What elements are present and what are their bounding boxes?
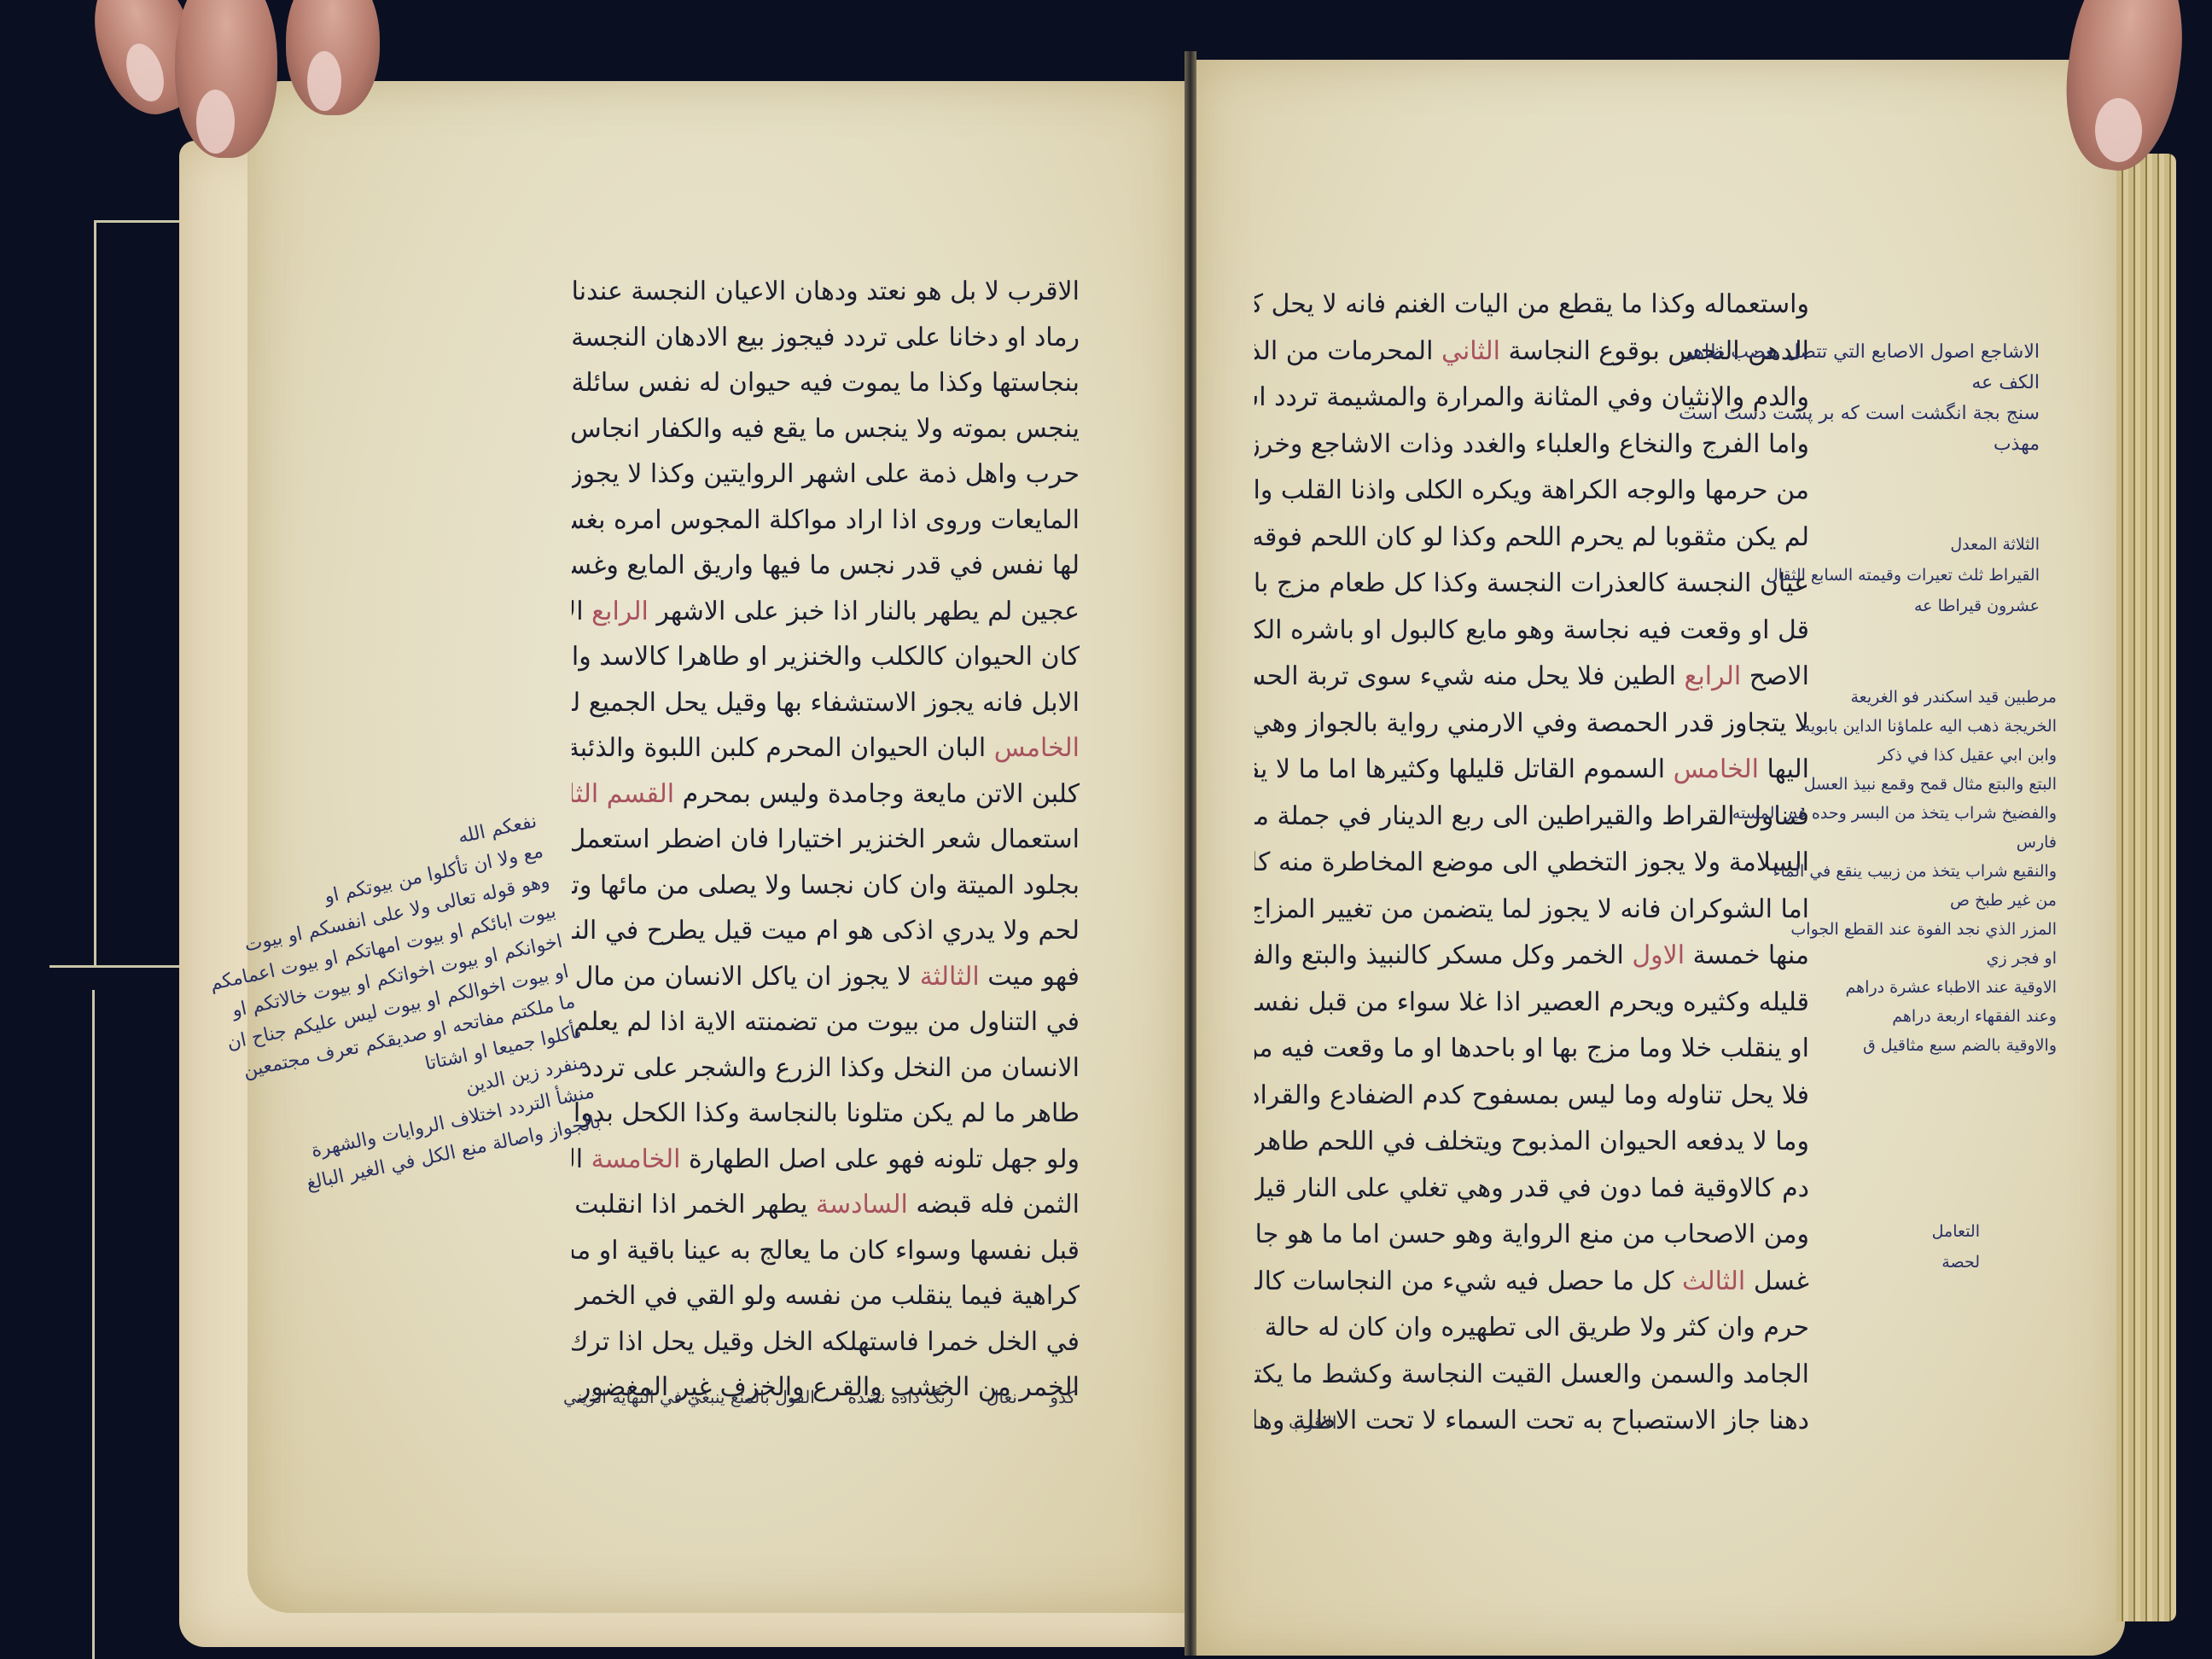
rubric-heading: القسم الثاني bbox=[572, 779, 674, 809]
rubric-heading: الخامس bbox=[1674, 754, 1759, 784]
manuscript-line: فتناول القراط والقيراطين الى ربع الدينار… bbox=[1254, 794, 1809, 841]
manuscript-line: كلبن الاتن مايعة وجامدة وليس بمحرم القسم… bbox=[572, 771, 1080, 818]
manuscript-line: ينجس بموته ولا ينجس ما يقع فيه والكفار ا… bbox=[572, 406, 1080, 452]
right-margin-gloss-bottom: التعامللحصة bbox=[1912, 1216, 1980, 1278]
gloss-line: مرطبين قيد اسكندر فو الغريعة bbox=[1813, 683, 2057, 712]
manuscript-line: فهو ميت الثالثة لا يجوز ان ياكل الانسان … bbox=[572, 954, 1080, 1000]
manuscript-line: الثمن فله قبضه السادسة يطهر الخمر اذا ان… bbox=[572, 1182, 1080, 1228]
manuscript-line: حرب واهل ذمة على اشهر الروايتين وكذا لا … bbox=[572, 451, 1080, 498]
left-footer-notes: كدونغالرنگ داده نشدهالقول بالمنع ينبغي ف… bbox=[563, 1387, 1075, 1407]
gloss-line: او فجر زي bbox=[1813, 944, 2057, 973]
manuscript-line: لحم ولا يدري اذكى هو ام ميت قيل يطرح في … bbox=[572, 908, 1080, 954]
manuscript-line: الابل فانه يجوز الاستشفاء بها وقيل يحل ا… bbox=[572, 680, 1080, 726]
manuscript-line: فلا يحل تناوله وما ليس بمسفوح كدم الضفاد… bbox=[1254, 1073, 1809, 1120]
footer-note: كدو bbox=[1050, 1387, 1075, 1407]
gloss-line: التعامل bbox=[1912, 1216, 1980, 1247]
right-margin-gloss-low: مرطبين قيد اسكندر فو الغريعةالخريجة ذهب … bbox=[1813, 683, 2057, 1060]
manuscript-line: غسل الثالث كل ما حصل فيه شيء من النجاسات… bbox=[1254, 1259, 1809, 1306]
gloss-line: القيراط ثلث تعيرات وقيمته السابع الثقال bbox=[1826, 560, 2040, 591]
rubric-heading: الثالثة bbox=[920, 962, 980, 992]
gloss-line: وابن ابي عقيل كذا في ذكر bbox=[1813, 741, 2057, 770]
gloss-line: والنقيع شراب يتخذ من زبيب ينقع في الماء bbox=[1813, 857, 2057, 886]
book-gutter bbox=[1185, 51, 1196, 1656]
manuscript-line: او ينقلب خلا وما مزج بها او باحدها او ما… bbox=[1254, 1026, 1809, 1073]
manuscript-line: الاقرب لا بل هو نعتد ودهان الاعيان النجس… bbox=[572, 269, 1080, 315]
gloss-line: عشرون قيراطا عه bbox=[1826, 591, 2040, 621]
manuscript-line: قليله وكثيره ويحرم العصير اذا غلا سواء م… bbox=[1254, 980, 1809, 1027]
manuscript-line: استعمال شعر الخنزير اختيارا فان اضطر است… bbox=[572, 817, 1080, 863]
manuscript-line: دم كالاوقية فما دون في قدر وهي تغلي على … bbox=[1254, 1166, 1809, 1213]
gloss-line: والاوقية بالضم سبع مثاقيل ق bbox=[1813, 1031, 2057, 1060]
left-page-main-text: الاقرب لا بل هو نعتد ودهان الاعيان النجس… bbox=[572, 269, 1080, 1411]
manuscript-line: عيان النجسة كالعذرات النجسة وكذا كل طعام… bbox=[1254, 561, 1809, 608]
rubric-heading: السادسة bbox=[816, 1190, 908, 1220]
fingernail bbox=[2095, 98, 2142, 162]
fingernail bbox=[307, 51, 341, 111]
gloss-line: الاوقية عند الاطباء عشرة دراهم bbox=[1813, 973, 2057, 1002]
right-margin-gloss-top: الاشاجع اصول الاصابع التي تتصل بعصب ظاهر… bbox=[1826, 337, 2040, 460]
gloss-line: من غير طبخ ص bbox=[1813, 886, 2057, 915]
right-margin-gloss-mid: الثلاثة المعدلالقيراط ثلث تعيرات وقيمته … bbox=[1826, 529, 2040, 621]
footer-note: رنگ داده نشده bbox=[847, 1387, 953, 1407]
rubric-heading: الرابع bbox=[1684, 661, 1741, 691]
gloss-line: فارس bbox=[1813, 828, 2057, 857]
manuscript-line: الخامس البان الحيوان المحرم كلبن اللبوة … bbox=[572, 725, 1080, 771]
gloss-line: الكف عه bbox=[1826, 368, 2040, 399]
manuscript-line: بنجاستها وكذا ما يموت فيه حيوان له نفس س… bbox=[572, 360, 1080, 406]
manuscript-line: دهنا جاز الاستصباح به تحت السماء لا تحت … bbox=[1254, 1398, 1809, 1445]
rubric-heading: الرابع bbox=[591, 597, 649, 626]
gloss-line: لحصة bbox=[1912, 1247, 1980, 1278]
gloss-line: البتع والبتع مثال قمح وقمع نبيذ العسل bbox=[1813, 770, 2057, 799]
manuscript-line: منها خمسة الاول الخمر وكل مسكر كالنبيذ و… bbox=[1254, 933, 1809, 980]
rubric-heading: الثالث bbox=[1682, 1266, 1745, 1296]
manuscript-line: اليها الخامس السموم القاتل قليلها وكثيره… bbox=[1254, 747, 1809, 794]
manuscript-line: رماد او دخانا على تردد فيجوز بيع الادهان… bbox=[572, 315, 1080, 361]
right-footer-notes: الاقرب bbox=[1289, 1412, 1336, 1433]
rubric-heading: الخامسة bbox=[591, 1144, 681, 1174]
manuscript-line: الجامد والسمن والعسل القيت النجاسة وكشط … bbox=[1254, 1352, 1809, 1399]
manuscript-line: قبل نفسها وسواء كان ما يعالج به عينا باق… bbox=[572, 1228, 1080, 1274]
manuscript-line: ومن الاصحاب من منع الرواية وهو حسن اما م… bbox=[1254, 1212, 1809, 1259]
manuscript-line: المايعات وروى اذا اراد مواكلة المجوس امر… bbox=[572, 498, 1080, 544]
manuscript-line: كراهية فيما ينقلب من نفسه ولو القي في ال… bbox=[572, 1273, 1080, 1319]
gloss-line: سنج بجة انگشت است که بر پشت دست است bbox=[1826, 399, 2040, 429]
footer-note: القول بالمنع ينبغي في النهاية الزيني bbox=[563, 1387, 815, 1407]
gloss-line: الخريجة ذهب اليه علماؤنا الداين بابويه bbox=[1813, 712, 2057, 741]
gloss-line: والفضيخ شراب يتخذ من البسر وحده غير المس… bbox=[1813, 799, 2057, 828]
manuscript-line: لها نفس في قدر نجس ما فيها واريق المايع … bbox=[572, 543, 1080, 589]
gloss-line: المزر الذي نجد الفوة عند القطع الجواب bbox=[1813, 915, 2057, 944]
manuscript-line: حرم وان كثر ولا طريق الى تطهيره وان كان … bbox=[1254, 1305, 1809, 1352]
gloss-line: مهذب bbox=[1826, 429, 2040, 460]
manuscript-line: لم يكن مثقوبا لم يحرم اللحم وكذا لو كان … bbox=[1254, 515, 1809, 562]
background-rule bbox=[92, 990, 95, 1659]
manuscript-line: السلامة ولا يجوز التخطي الى موضع المخاطر… bbox=[1254, 840, 1809, 887]
footer-note: نغال bbox=[987, 1387, 1017, 1407]
gloss-line: وعند الفقهاء اربعة دراهم bbox=[1813, 1002, 2057, 1031]
manuscript-line: من حرمها والوجه الكراهة ويكره الكلى واذن… bbox=[1254, 468, 1809, 515]
manuscript-line: في الخل خمرا فاستهلكه الخل وقيل يحل اذا … bbox=[572, 1319, 1080, 1365]
manuscript-line: اما الشوكران فانه لا يجوز لما يتضمن من ت… bbox=[1254, 887, 1809, 934]
manuscript-line: عجين لم يطهر بالنار اذا خبز على الاشهر ا… bbox=[572, 589, 1080, 635]
manuscript-line: في التناول من بيوت من تضمنته الاية اذا ل… bbox=[572, 999, 1080, 1045]
manuscript-line: وما لا يدفعه الحيوان المذبوح ويتخلف في ا… bbox=[1254, 1119, 1809, 1166]
fingernail bbox=[196, 90, 235, 154]
right-page-main-text: واستعماله وكذا ما يقطع من اليات الغنم فا… bbox=[1254, 282, 1809, 1445]
manuscript-line: كان الحيوان كالكلب والخنزير او طاهرا كال… bbox=[572, 634, 1080, 680]
rubric-heading: الاول bbox=[1632, 940, 1685, 970]
manuscript-line: الاصح الرابع الطين فلا يحل منه شيء سوى ت… bbox=[1254, 654, 1809, 701]
rubric-heading: الخامس bbox=[994, 733, 1080, 763]
manuscript-line: واستعماله وكذا ما يقطع من اليات الغنم فا… bbox=[1254, 282, 1809, 329]
rubric-heading: الثاني bbox=[1441, 336, 1500, 366]
manuscript-line: طاهر ما لم يكن متلونا بالنجاسة وكذا الكح… bbox=[572, 1091, 1080, 1137]
page-block-edge bbox=[2116, 154, 2176, 1621]
manuscript-line: لا يتجاوز قدر الحمصة وفي الارمني رواية ب… bbox=[1254, 701, 1809, 748]
background-frame bbox=[94, 220, 185, 968]
manuscript-line: قل او وقعت فيه نجاسة وهو مايع كالبول او … bbox=[1254, 608, 1809, 655]
manuscript-line: بجلود الميتة وان كان نجسا ولا يصلى من ما… bbox=[572, 863, 1080, 909]
manuscript-line: ولو جهل تلونه فهو على اصل الطهارة الخامس… bbox=[572, 1137, 1080, 1183]
gloss-line: الاشاجع اصول الاصابع التي تتصل بعصب ظاهر bbox=[1826, 337, 2040, 368]
manuscript-line: الانسان من النخل وكذا الزرع والشجر على ت… bbox=[572, 1045, 1080, 1091]
gloss-line: الثلاثة المعدل bbox=[1826, 529, 2040, 560]
